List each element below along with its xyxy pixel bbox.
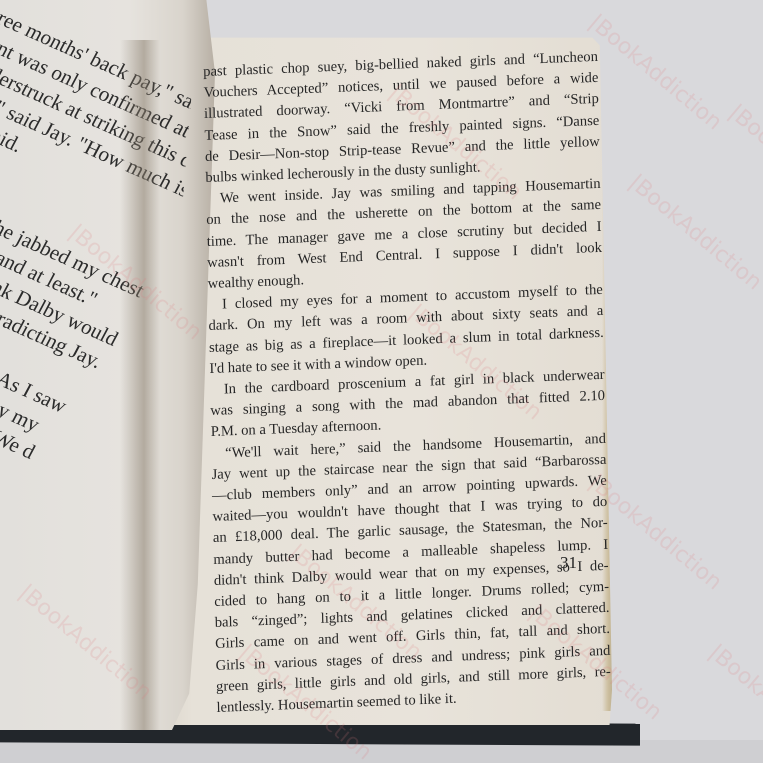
- book-gutter-shadow: [120, 40, 160, 730]
- watermark: |BookAddiction: [624, 170, 763, 295]
- book-photo: three months' back pay," said Jay, as th…: [0, 0, 763, 763]
- watermark: |BookAddiction: [724, 100, 763, 225]
- watermark: |BookAddiction: [584, 10, 727, 135]
- right-page-text: past plastic chop suey, big-bellied nake…: [203, 47, 611, 719]
- page-number: 31: [560, 553, 577, 573]
